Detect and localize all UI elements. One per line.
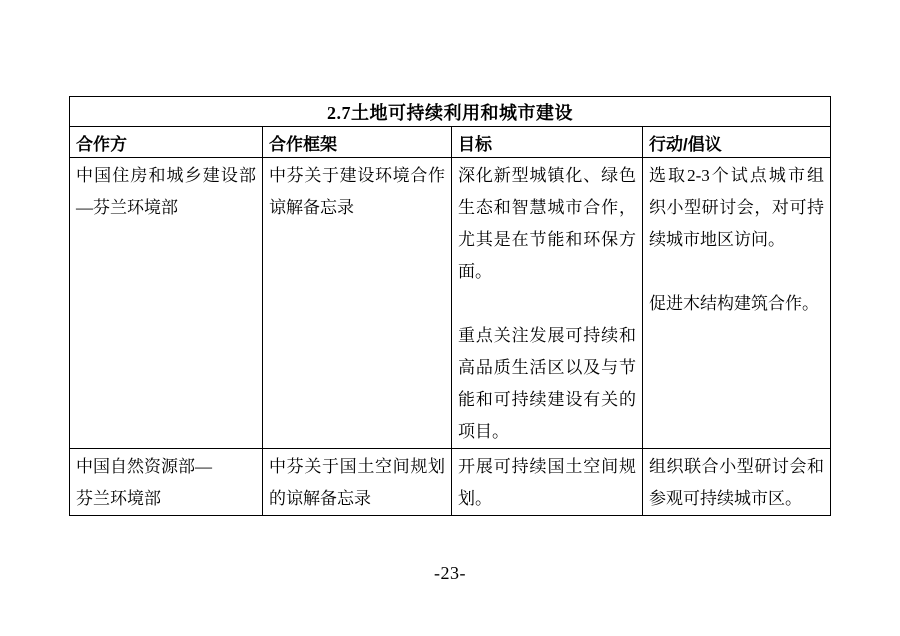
column-header-goal: 目标 xyxy=(452,127,643,158)
cell-partner: 中国住房和城乡建设部—芬兰环境部 xyxy=(70,158,263,449)
document-page: 2.7土地可持续利用和城市建设 合作方 合作框架 目标 行动/倡议 中国住房和城… xyxy=(0,0,900,636)
page-number: -23- xyxy=(0,563,900,584)
table-row: 中国住房和城乡建设部—芬兰环境部 中芬关于建设环境合作谅解备忘录 深化新型城镇化… xyxy=(70,158,831,449)
column-header-framework: 合作框架 xyxy=(263,127,452,158)
table-row: 中国自然资源部— 芬兰环境部 中芬关于国土空间规划的谅解备忘录 开展可持续国土空… xyxy=(70,449,831,516)
table-title-row: 2.7土地可持续利用和城市建设 xyxy=(70,97,831,127)
cell-framework: 中芬关于建设环境合作谅解备忘录 xyxy=(263,158,452,449)
cell-action: 选取2-3个试点城市组织小型研讨会，对可持续城市地区访问。 促进木结构建筑合作。 xyxy=(643,158,831,449)
cell-partner: 中国自然资源部— 芬兰环境部 xyxy=(70,449,263,516)
column-header-partner: 合作方 xyxy=(70,127,263,158)
table-header-row: 合作方 合作框架 目标 行动/倡议 xyxy=(70,127,831,158)
table-title: 2.7土地可持续利用和城市建设 xyxy=(70,97,831,127)
cell-framework: 中芬关于国土空间规划的谅解备忘录 xyxy=(263,449,452,516)
cell-goal: 开展可持续国土空间规划。 xyxy=(452,449,643,516)
cooperation-table: 2.7土地可持续利用和城市建设 合作方 合作框架 目标 行动/倡议 中国住房和城… xyxy=(69,96,831,516)
column-header-action: 行动/倡议 xyxy=(643,127,831,158)
cell-action: 组织联合小型研讨会和参观可持续城市区。 xyxy=(643,449,831,516)
cell-goal: 深化新型城镇化、绿色生态和智慧城市合作，尤其是在节能和环保方面。 重点关注发展可… xyxy=(452,158,643,449)
